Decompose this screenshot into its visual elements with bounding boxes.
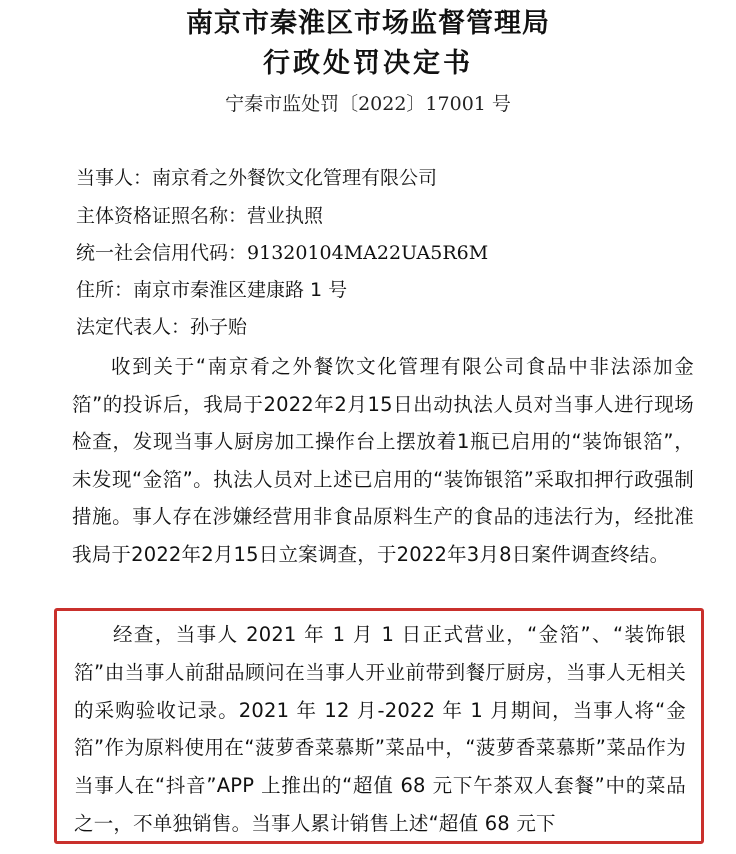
field-legal-rep: 法定代表人：孙子贻 xyxy=(76,313,247,341)
field-address: 住所：南京市秦淮区建康路 1 号 xyxy=(76,276,347,304)
field-value: 孙子贻 xyxy=(190,316,247,338)
field-label: 统一社会信用代码： xyxy=(76,242,247,264)
field-license-name: 主体资格证照名称：营业执照 xyxy=(76,202,323,230)
field-value: 营业执照 xyxy=(247,205,323,227)
document-title: 行政处罚决定书 xyxy=(0,46,736,82)
field-label: 主体资格证照名称： xyxy=(76,205,247,227)
field-label: 当事人： xyxy=(76,167,152,189)
field-value: 南京市秦淮区建康路 1 号 xyxy=(133,279,347,301)
field-value: 91320104MA22UA5R6M xyxy=(247,242,488,264)
paragraph-case-background: 收到关于“南京肴之外餐饮文化管理有限公司食品中非法添加金箔”的投诉后，我局于20… xyxy=(72,348,694,574)
field-party: 当事人：南京肴之外餐饮文化管理有限公司 xyxy=(76,164,437,192)
field-label: 法定代表人： xyxy=(76,316,190,338)
field-label: 住所： xyxy=(76,279,133,301)
paragraph-findings: 经查，当事人 2021 年 1 月 1 日正式营业，“金箔”、“装饰银箔”由当事… xyxy=(74,616,686,843)
field-credit-code: 统一社会信用代码：91320104MA22UA5R6M xyxy=(76,239,488,267)
agency-title: 南京市秦淮区市场监督管理局 xyxy=(0,6,736,42)
document-number: 宁秦市监处罚〔2022〕17001 号 xyxy=(0,90,736,118)
field-value: 南京肴之外餐饮文化管理有限公司 xyxy=(152,167,437,189)
